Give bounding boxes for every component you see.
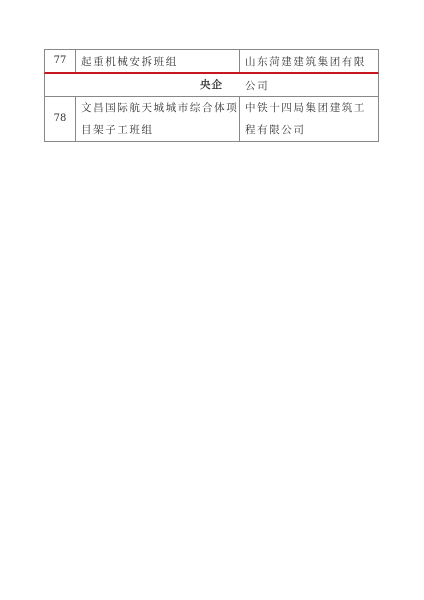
company-name: 山东菏建建筑集团有限公司 bbox=[240, 50, 378, 72]
section-label: 央企 bbox=[200, 79, 223, 91]
team-name: 起重机械安拆班组 bbox=[76, 50, 240, 72]
document-page: 77 起重机械安拆班组 山东菏建建筑集团有限公司 央企 78 文昌国际航天城城市… bbox=[0, 0, 424, 600]
row-number: 78 bbox=[45, 97, 76, 141]
row-number: 77 bbox=[45, 50, 76, 72]
table-row: 77 起重机械安拆班组 山东菏建建筑集团有限公司 bbox=[44, 49, 379, 74]
team-name: 文昌国际航天城城市综合体项目架子工班组 bbox=[76, 97, 240, 141]
company-name: 中铁十四局集团建筑工程有限公司 bbox=[240, 97, 378, 141]
award-table: 77 起重机械安拆班组 山东菏建建筑集团有限公司 央企 78 文昌国际航天城城市… bbox=[44, 49, 379, 142]
table-row: 78 文昌国际航天城城市综合体项目架子工班组 中铁十四局集团建筑工程有限公司 bbox=[44, 97, 379, 142]
section-header: 央企 bbox=[44, 74, 379, 97]
